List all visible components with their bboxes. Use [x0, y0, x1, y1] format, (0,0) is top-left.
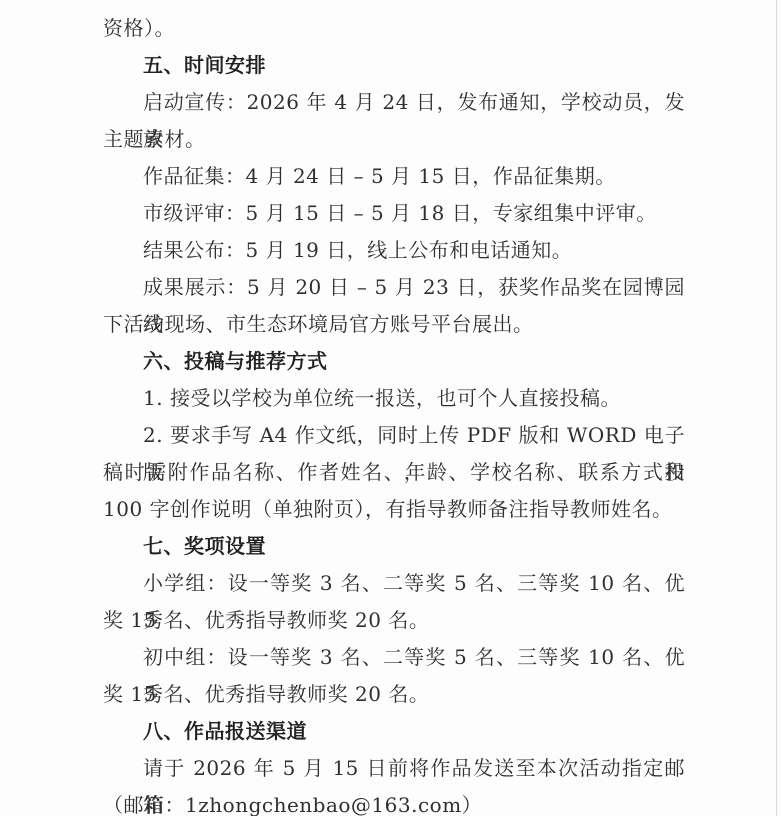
- section-heading: 六、投稿与推荐方式: [103, 343, 685, 380]
- paragraph-line: 100 字创作说明（单独附页），有指导教师备注指导教师姓名。: [103, 491, 685, 528]
- email-line: （邮箱：1zhongchenbao@163.com）: [103, 787, 685, 816]
- paragraph-line: 市级评审：5 月 15 日 – 5 月 18 日，专家组集中评审。: [103, 195, 685, 232]
- paragraph-line: 初中组：设一等奖 3 名、二等奖 5 名、三等奖 10 名、优秀: [103, 639, 685, 676]
- section-awards: 七、奖项设置 小学组：设一等奖 3 名、二等奖 5 名、三等奖 10 名、优秀 …: [103, 528, 685, 713]
- paragraph-line: 2. 要求手写 A4 作文纸，同时上传 PDF 版和 WORD 电子版，投: [103, 417, 685, 454]
- document-page: 资格）。 五、时间安排 启动宣传：2026 年 4 月 24 日，发布通知，学校…: [0, 0, 781, 816]
- paragraph-line: 稿时需附作品名称、作者姓名、年龄、学校名称、联系方式和: [103, 454, 685, 491]
- section-schedule: 五、时间安排 启动宣传：2026 年 4 月 24 日，发布通知，学校动员，发放…: [103, 47, 685, 343]
- paragraph-line: 成果展示：5 月 20 日 – 5 月 23 日，获奖作品奖在园博园线: [103, 269, 685, 306]
- paragraph-line: 小学组：设一等奖 3 名、二等奖 5 名、三等奖 10 名、优秀: [103, 565, 685, 602]
- paragraph-line: 奖 15 名、优秀指导教师奖 20 名。: [103, 676, 685, 713]
- section-heading: 五、时间安排: [103, 47, 685, 84]
- paragraph-line: 启动宣传：2026 年 4 月 24 日，发布通知，学校动员，发放: [103, 84, 685, 121]
- paragraph-line: 请于 2026 年 5 月 15 日前将作品发送至本次活动指定邮箱: [103, 750, 685, 787]
- paragraph-line: 下活动现场、市生态环境局官方账号平台展出。: [103, 306, 685, 343]
- paragraph-line: 1. 接受以学校为单位统一报送，也可个人直接投稿。: [103, 380, 685, 417]
- paragraph-line: 主题素材。: [103, 121, 685, 158]
- paragraph-line: 结果公布：5 月 19 日，线上公布和电话通知。: [103, 232, 685, 269]
- section-delivery-channel: 八、作品报送渠道 请于 2026 年 5 月 15 日前将作品发送至本次活动指定…: [103, 713, 685, 816]
- intro-tail-text: 资格）。: [103, 10, 685, 47]
- paragraph-line: 奖 15 名、优秀指导教师奖 20 名。: [103, 602, 685, 639]
- document-body: 资格）。 五、时间安排 启动宣传：2026 年 4 月 24 日，发布通知，学校…: [103, 10, 685, 816]
- paragraph-line: 作品征集：4 月 24 日 – 5 月 15 日，作品征集期。: [103, 158, 685, 195]
- section-heading: 七、奖项设置: [103, 528, 685, 565]
- page-edge-divider: [776, 0, 777, 816]
- section-submission: 六、投稿与推荐方式 1. 接受以学校为单位统一报送，也可个人直接投稿。 2. 要…: [103, 343, 685, 528]
- section-heading: 八、作品报送渠道: [103, 713, 685, 750]
